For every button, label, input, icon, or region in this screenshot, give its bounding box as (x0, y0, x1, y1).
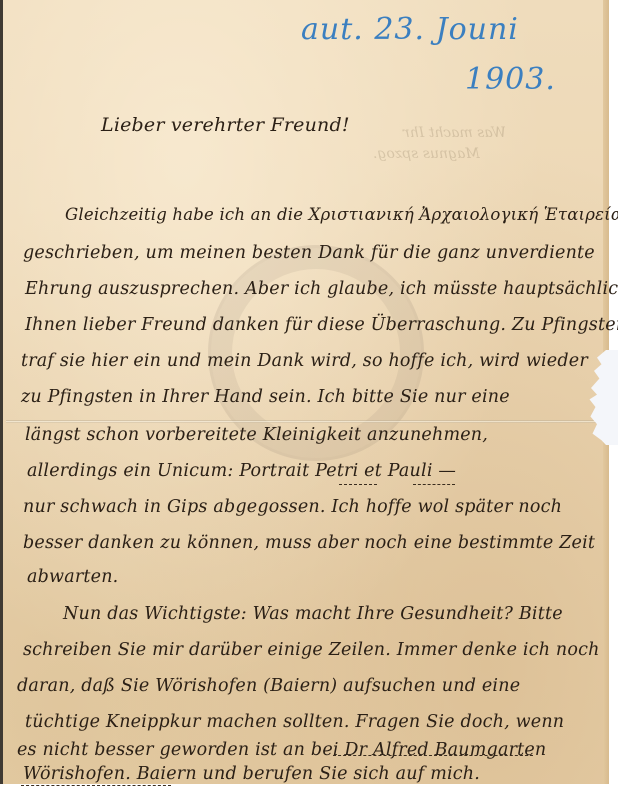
underline-pauli (413, 484, 455, 485)
archival-year-annotation: 1903. (465, 62, 556, 97)
letter-line: allerdings ein Unicum: Portrait Petri et… (27, 461, 456, 481)
letter-line: geschrieben, um meinen besten Dank für d… (23, 243, 595, 263)
letter-line: daran, daß Sie Wörishofen (Baiern) aufsu… (17, 676, 520, 696)
archival-date-annotation: aut. 23. Jouni (301, 12, 519, 47)
bleed-through-text: Was macht Ihr (403, 125, 506, 141)
underline-baumgarten (333, 755, 533, 756)
letter-line: zu Pfingsten in Ihrer Hand sein. Ich bit… (21, 387, 510, 407)
letter-line: längst schon vorbereitete Kleinigkeit an… (25, 425, 488, 445)
paper-fold (6, 420, 606, 423)
underline-petri (339, 484, 377, 485)
letter-line: Wörishofen. Baiern und berufen Sie sich … (23, 764, 480, 784)
letter-line: tüchtige Kneippkur machen sollten. Frage… (25, 712, 564, 732)
underline-woerishofen (21, 785, 171, 786)
letter-line: Ehrung auszusprechen. Aber ich glaube, i… (25, 279, 618, 299)
letter-line: Gleichzeitig habe ich an die Χριστιανική… (65, 205, 618, 224)
letter-page: Was macht Ihr Magnus spzog. aut. 23. Jou… (0, 0, 606, 784)
letter-line: traf sie hier ein und mein Dank wird, so… (21, 351, 588, 371)
letter-line: nur schwach in Gips abgegossen. Ich hoff… (23, 497, 562, 517)
letter-line: Nun das Wichtigste: Was macht Ihre Gesun… (63, 604, 563, 624)
letter-line: schreiben Sie mir darüber einige Zeilen.… (23, 640, 600, 660)
letter-line: Ihnen lieber Freund danken für diese Übe… (25, 315, 618, 335)
letter-line: besser danken zu können, muss aber noch … (23, 533, 595, 553)
letter-line: es nicht besser geworden ist an bei Dr A… (17, 740, 546, 760)
bleed-through-text: Magnus spzog. (373, 146, 480, 162)
letter-line: abwarten. (27, 567, 118, 587)
salutation: Lieber verehrter Freund! (101, 114, 350, 136)
